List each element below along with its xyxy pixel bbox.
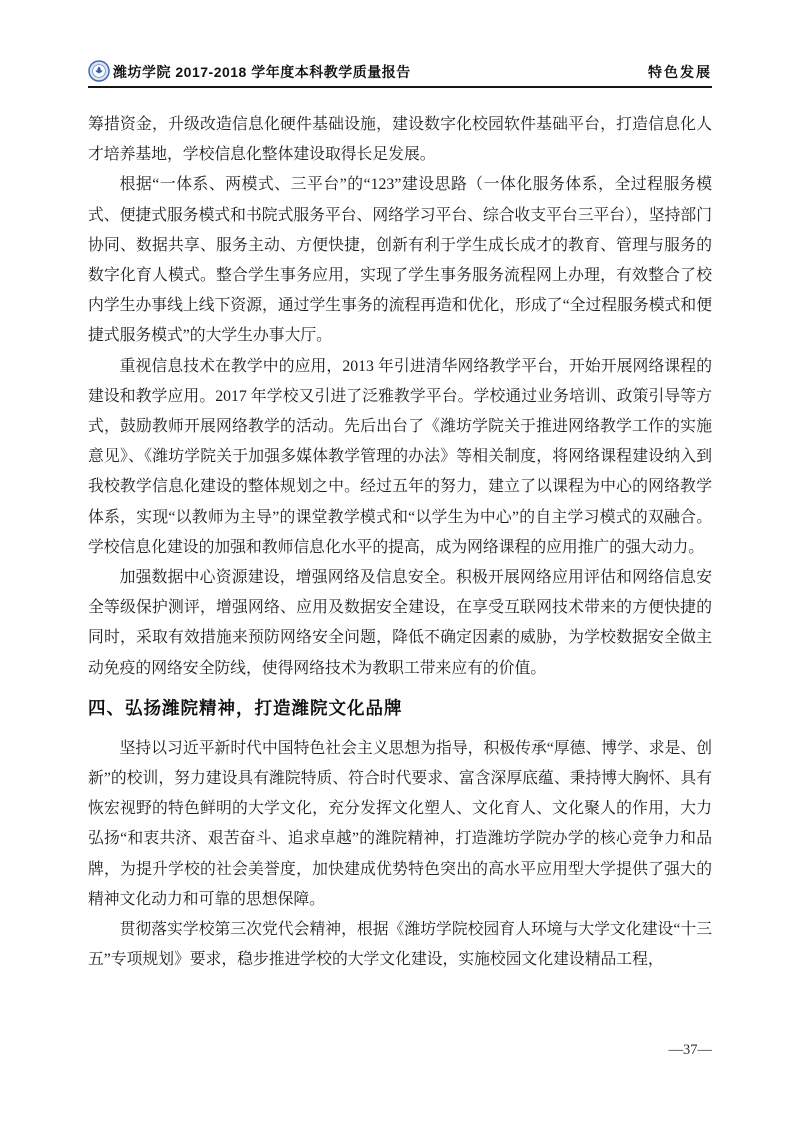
header-document-title: 潍坊学院 2017-2018 学年度本科教学质量报告 xyxy=(113,62,411,82)
page-header: 潍坊学院 2017-2018 学年度本科教学质量报告 特色发展 xyxy=(88,58,712,88)
paragraph: 根据“一体系、两模式、三平台”的“123”建设思路（一体化服务体系，全过程服务模… xyxy=(88,170,712,351)
paragraph: 重视信息技术在教学中的应用，2013 年引进清华网络教学平台，开始开展网络课程的… xyxy=(88,352,712,563)
page-number: —37— xyxy=(88,1042,712,1059)
section-heading: 四、弘扬潍院精神，打造潍院文化品牌 xyxy=(88,692,712,725)
document-body: 筹措资金，升级改造信息化硬件基础设施，建设数字化校园软件基础平台，打造信息化人才… xyxy=(88,110,712,975)
document-page: 潍坊学院 2017-2018 学年度本科教学质量报告 特色发展 筹措资金，升级改… xyxy=(0,0,800,1131)
university-logo-icon xyxy=(88,60,110,82)
paragraph: 坚持以习近平新时代中国特色社会主义思想为指导，积极传承“厚德、博学、求是、创新”… xyxy=(88,734,712,915)
paragraph: 贯彻落实学校第三次党代会精神，根据《潍坊学院校园育人环境与大学文化建设“十三五”… xyxy=(88,915,712,975)
paragraph: 加强数据中心资源建设，增强网络及信息安全。积极开展网络应用评估和网络信息安全等级… xyxy=(88,563,712,684)
header-section-label: 特色发展 xyxy=(648,62,712,82)
paragraph: 筹措资金，升级改造信息化硬件基础设施，建设数字化校园软件基础平台，打造信息化人才… xyxy=(88,110,712,170)
